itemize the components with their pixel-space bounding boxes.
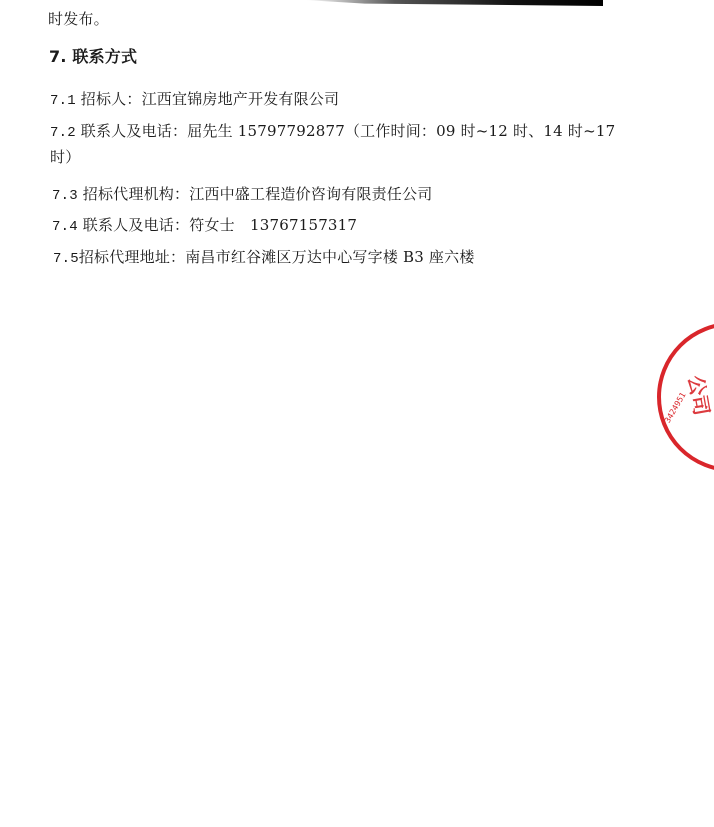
item-label: 联系人及电话： — [83, 216, 189, 234]
item-label: 招标代理地址： — [79, 248, 185, 266]
item-number: 7.3 — [52, 188, 78, 204]
item-value: 江西宜锦房地产开发有限公司 — [142, 90, 340, 108]
contact-item-7-5: 7.5招标代理地址：南昌市红谷滩区万达中心写字楼 B3 座六楼 — [53, 246, 475, 267]
item-number: 7.5 — [53, 251, 79, 267]
carryover-text: 时发布。 — [48, 8, 109, 29]
item-value: 屈先生 15797792877（工作时间：09 时~12 时、14 时~17 — [187, 122, 615, 140]
item-value: 南昌市红谷滩区万达中心写字楼 B3 座六楼 — [185, 248, 474, 266]
item-label: 招标人： — [81, 90, 142, 108]
contact-item-7-1: 7.1 招标人：江西宜锦房地产开发有限公司 — [50, 88, 339, 109]
contact-item-7-2: 7.2 联系人及电话：屈先生 15797792877（工作时间：09 时~12 … — [50, 120, 615, 141]
item-value: 江西中盛工程造价咨询有限责任公司 — [189, 185, 432, 203]
item-label: 联系人及电话： — [81, 122, 187, 140]
item-value: 符女士 13767157317 — [189, 216, 357, 234]
item-label: 招标代理机构： — [83, 185, 189, 203]
contact-item-7-3: 7.3 招标代理机构：江西中盛工程造价咨询有限责任公司 — [52, 183, 432, 204]
item-number: 7.2 — [50, 125, 76, 141]
top-rule-shadow — [305, 0, 603, 6]
section-heading: 7. 联系方式 — [49, 44, 137, 67]
item-number: 7.4 — [52, 219, 78, 235]
item-number: 7.1 — [50, 93, 76, 109]
contact-item-7-2-continued: 时） — [50, 146, 80, 167]
contact-item-7-4: 7.4 联系人及电话：符女士 13767157317 — [52, 214, 357, 235]
